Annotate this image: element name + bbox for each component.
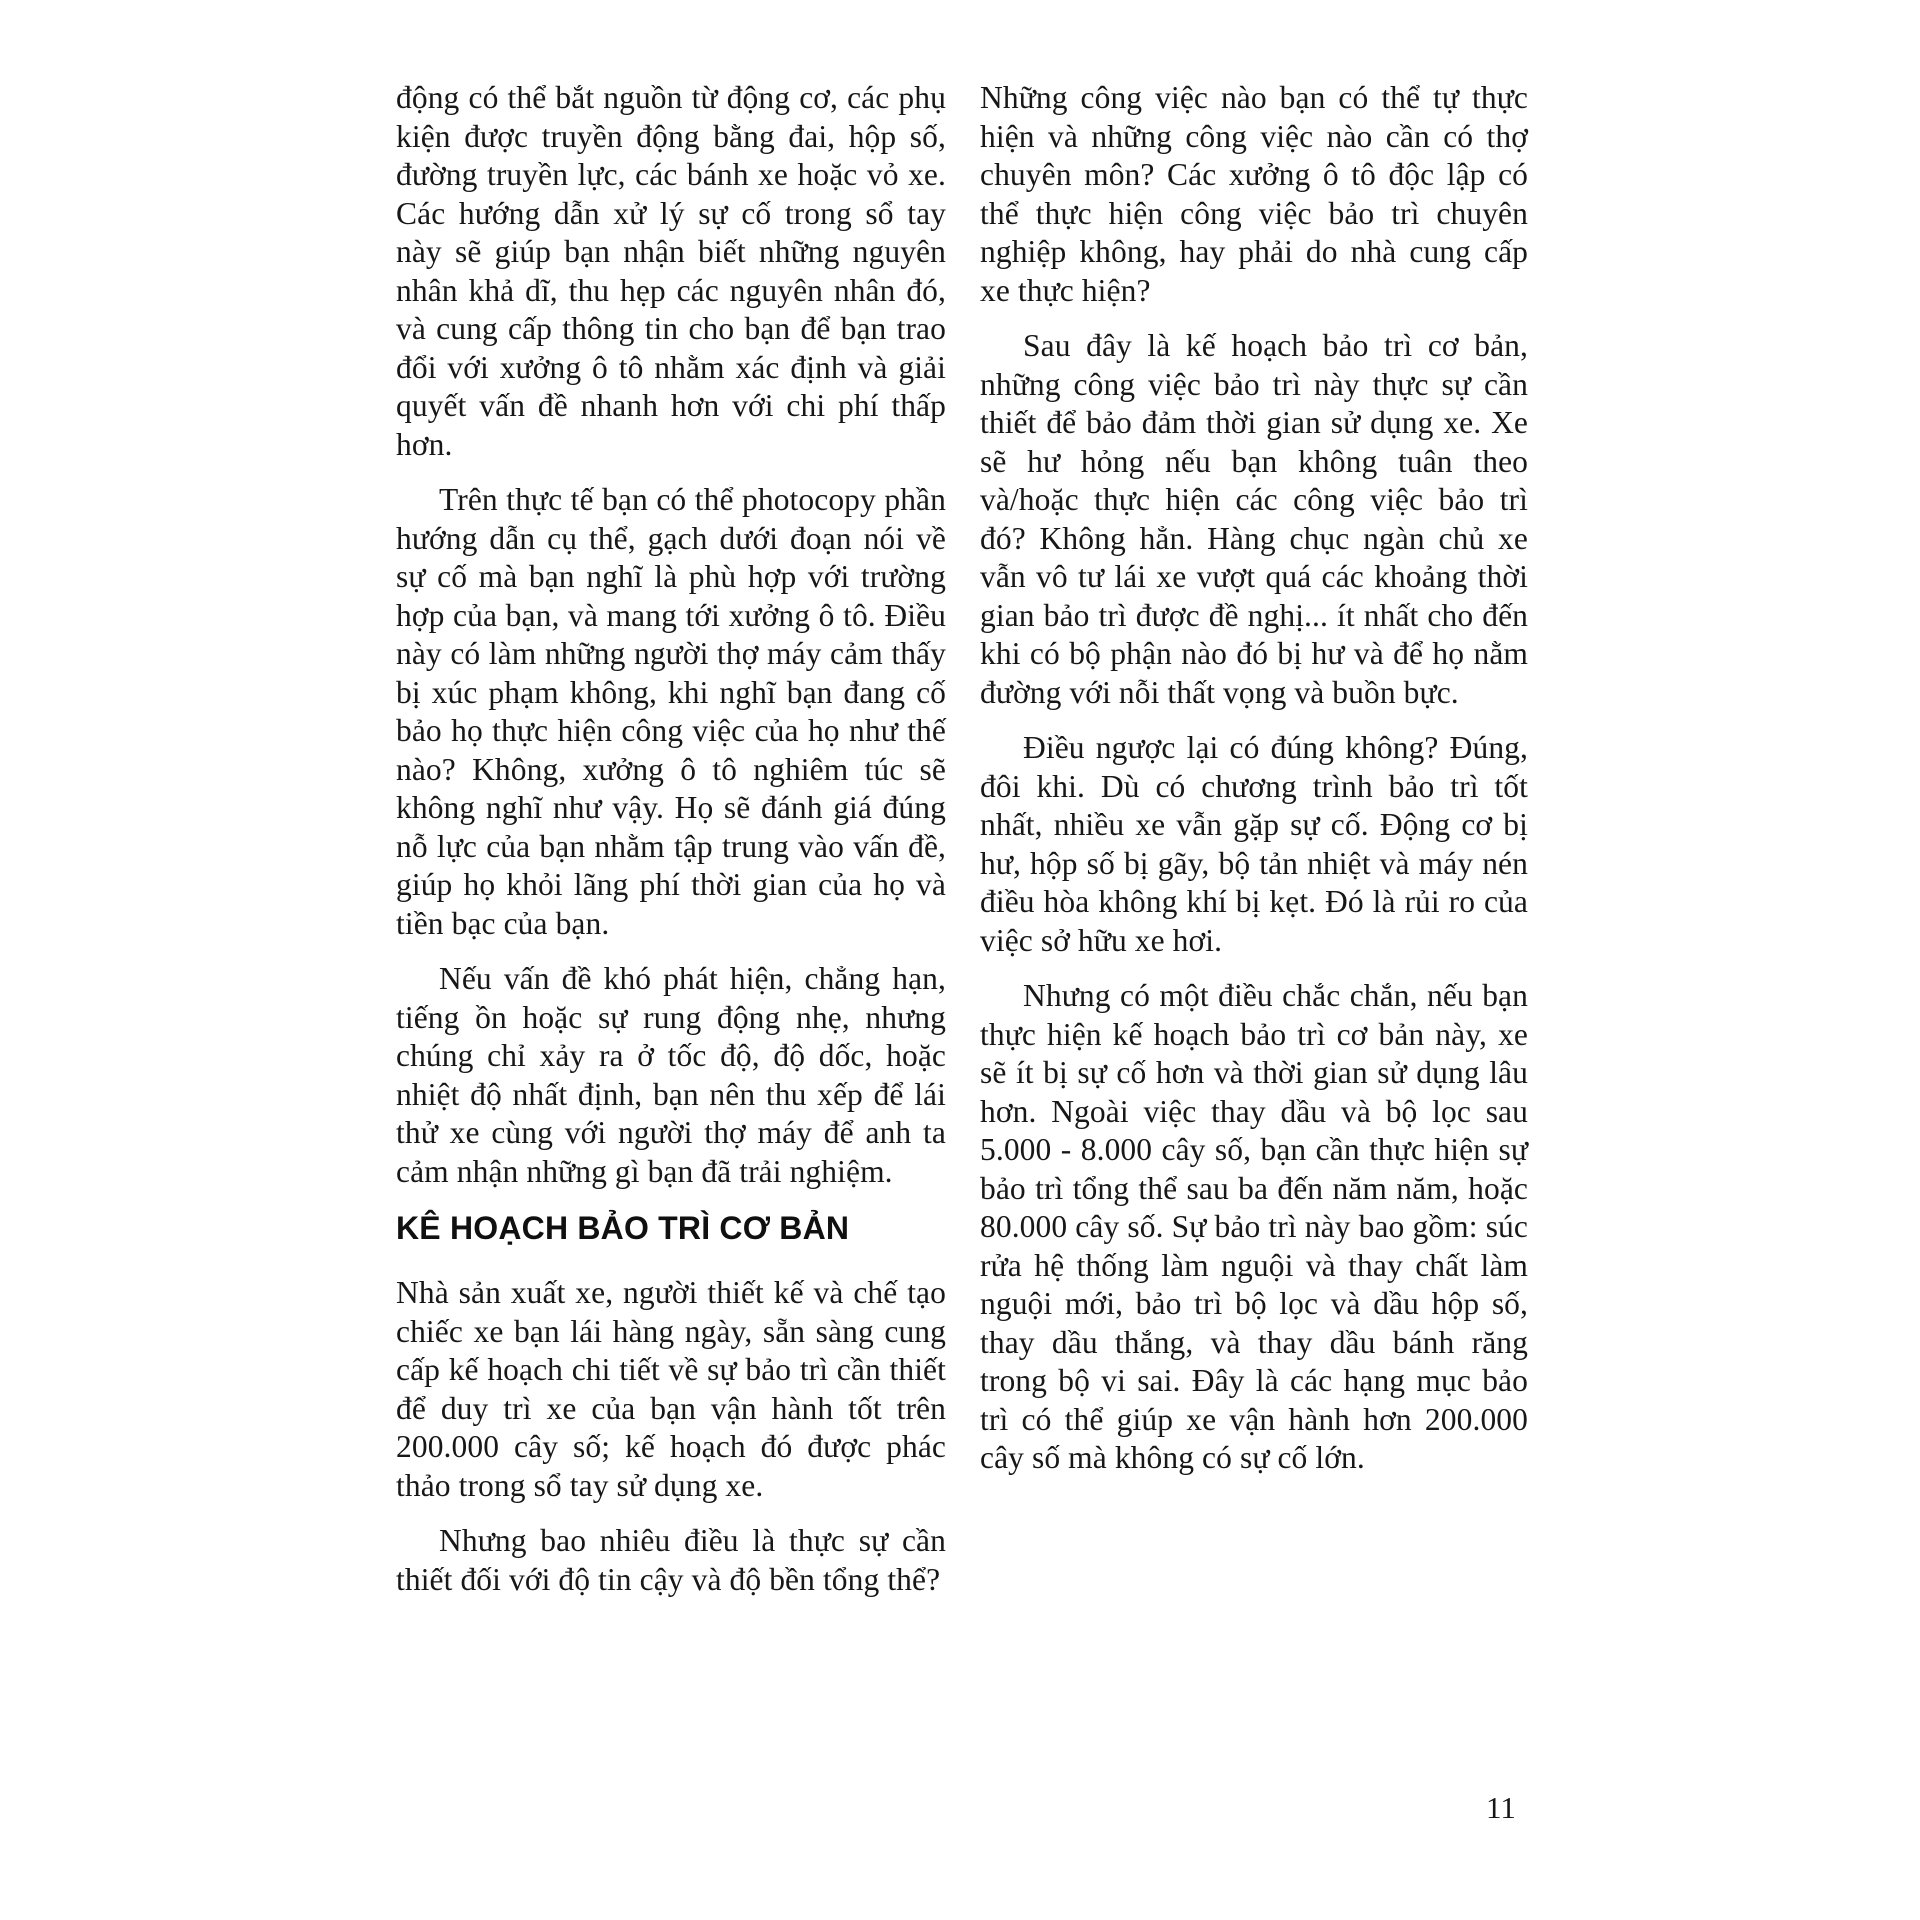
right-column: Những công việc nào bạn có thể tự thực h… bbox=[980, 79, 1528, 1495]
paragraph: Sau đây là kế hoạch bảo trì cơ bản, nhữn… bbox=[980, 327, 1528, 712]
paragraph: Nhà sản xuất xe, người thiết kế và chế t… bbox=[396, 1274, 946, 1505]
paragraph: Nhưng có một điều chắc chắn, nếu bạn thự… bbox=[980, 977, 1528, 1478]
page: động có thể bắt nguồn từ động cơ, các ph… bbox=[0, 0, 1920, 1920]
page-number: 11 bbox=[1486, 1789, 1516, 1827]
paragraph: Những công việc nào bạn có thể tự thực h… bbox=[980, 79, 1528, 310]
paragraph: Trên thực tế bạn có thể photocopy phần h… bbox=[396, 481, 946, 943]
paragraph: động có thể bắt nguồn từ động cơ, các ph… bbox=[396, 79, 946, 464]
paragraph: Nếu vấn đề khó phát hiện, chẳng hạn, tiế… bbox=[396, 960, 946, 1191]
paragraph: Nhưng bao nhiêu điều là thực sự cần thiế… bbox=[396, 1522, 946, 1599]
left-column: động có thể bắt nguồn từ động cơ, các ph… bbox=[396, 79, 946, 1616]
paragraph: Điều ngược lại có đúng không? Đúng, đôi … bbox=[980, 729, 1528, 960]
section-heading: KÊ HOẠCH BẢO TRÌ CƠ BẢN bbox=[396, 1208, 946, 1248]
